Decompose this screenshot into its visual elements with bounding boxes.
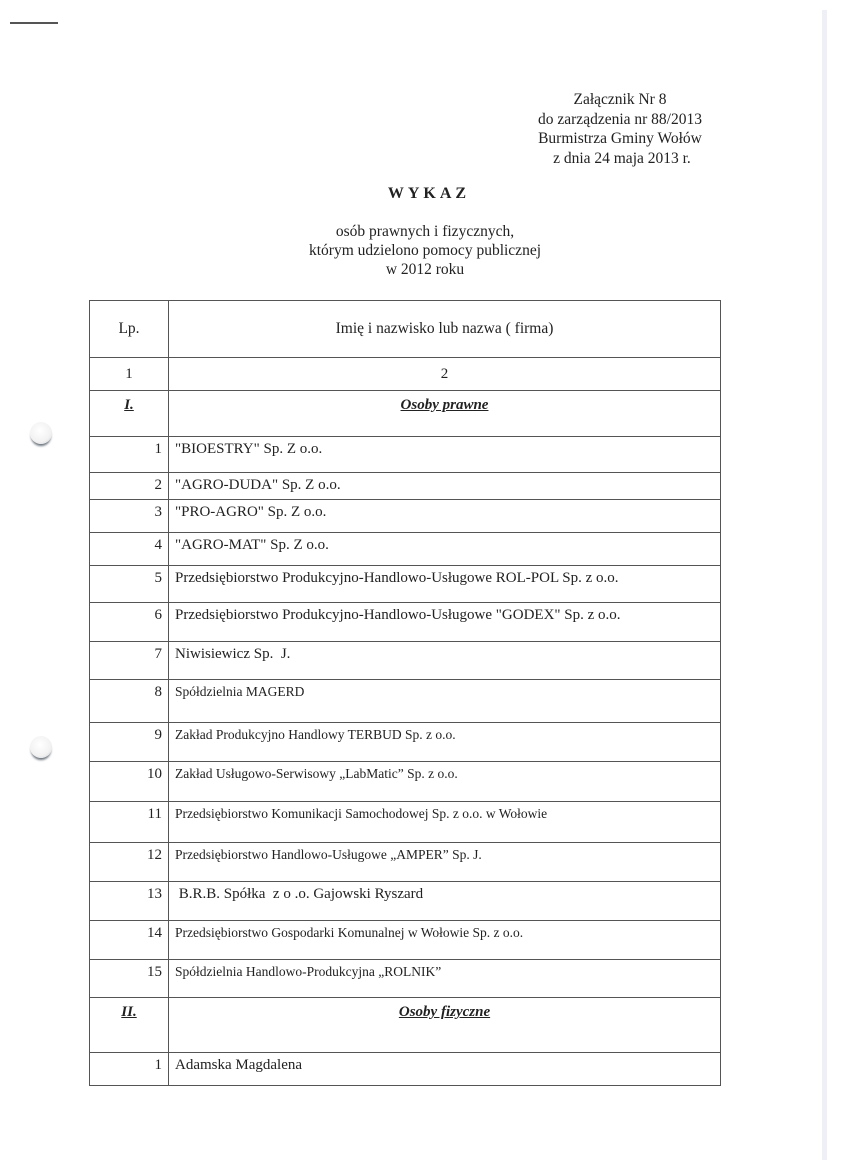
header-name: Imię i nazwisko lub nazwa ( firma) (169, 301, 721, 358)
row-name: Przedsiębiorstwo Gospodarki Komunalnej w… (169, 921, 721, 960)
column-number-lp: 1 (90, 358, 169, 391)
subtitle-line: osób prawnych i fizycznych, (280, 222, 570, 241)
table-row: 14Przedsiębiorstwo Gospodarki Komunalnej… (90, 921, 721, 960)
section-number: II. (90, 998, 169, 1053)
row-name: "BIOESTRY" Sp. Z o.o. (169, 437, 721, 473)
annex-number: Załącznik Nr 8 (515, 90, 725, 110)
row-name: Przedsiębiorstwo Produkcyjno-Handlowo-Us… (169, 566, 721, 603)
table-row: 7Niwisiewicz Sp. J. (90, 642, 721, 680)
section-header-row: I.Osoby prawne (90, 391, 721, 437)
section-title: Osoby fizyczne (169, 998, 721, 1053)
annex-issuer: Burmistrza Gminy Wołów (515, 129, 725, 149)
row-number: 10 (90, 762, 169, 802)
header-lp: Lp. (90, 301, 169, 358)
row-number: 11 (90, 802, 169, 843)
table-row: 3"PRO-AGRO" Sp. Z o.o. (90, 500, 721, 533)
table-row: 15Spółdzielnia Handlowo-Produkcyjna „ROL… (90, 960, 721, 998)
row-name: Spółdzielnia Handlowo-Produkcyjna „ROLNI… (169, 960, 721, 998)
table-row: 6Przedsiębiorstwo Produkcyjno-Handlowo-U… (90, 603, 721, 642)
row-name: "AGRO-MAT" Sp. Z o.o. (169, 533, 721, 566)
document-subtitle: osób prawnych i fizycznych, którym udzie… (280, 222, 570, 279)
row-number: 1 (90, 1053, 169, 1086)
subtitle-line: w 2012 roku (280, 260, 570, 279)
table-row: 1Adamska Magdalena (90, 1053, 721, 1086)
row-number: 3 (90, 500, 169, 533)
section-number: I. (90, 391, 169, 437)
scan-mark (10, 22, 58, 24)
column-number-row: 1 2 (90, 358, 721, 391)
annex-ordinance: do zarządzenia nr 88/2013 (515, 110, 725, 130)
row-name: Przedsiębiorstwo Handlowo-Usługowe „AMPE… (169, 843, 721, 882)
row-name: Adamska Magdalena (169, 1053, 721, 1086)
table-row: 11Przedsiębiorstwo Komunikacji Samochodo… (90, 802, 721, 843)
row-number: 13 (90, 882, 169, 921)
subtitle-line: którym udzielono pomocy publicznej (280, 241, 570, 260)
table-row: 2"AGRO-DUDA" Sp. Z o.o. (90, 473, 721, 500)
row-name: Niwisiewicz Sp. J. (169, 642, 721, 680)
table-header-row: Lp. Imię i nazwisko lub nazwa ( firma) (90, 301, 721, 358)
row-number: 14 (90, 921, 169, 960)
annex-header: Załącznik Nr 8 do zarządzenia nr 88/2013… (515, 90, 725, 168)
section-header-row: II.Osoby fizyczne (90, 998, 721, 1053)
table-row: 1"BIOESTRY" Sp. Z o.o. (90, 437, 721, 473)
row-number: 2 (90, 473, 169, 500)
scan-edge-line (822, 10, 827, 1160)
annex-date: z dnia 24 maja 2013 r. (515, 149, 725, 169)
table-row: 13 B.R.B. Spółka z o .o. Gajowski Ryszar… (90, 882, 721, 921)
row-number: 15 (90, 960, 169, 998)
beneficiaries-table: Lp. Imię i nazwisko lub nazwa ( firma) 1… (89, 300, 721, 1086)
section-title: Osoby prawne (169, 391, 721, 437)
row-number: 7 (90, 642, 169, 680)
table-row: 9Zakład Produkcyjno Handlowy TERBUD Sp. … (90, 723, 721, 762)
row-number: 12 (90, 843, 169, 882)
row-number: 5 (90, 566, 169, 603)
punch-hole (30, 422, 52, 444)
row-number: 8 (90, 680, 169, 723)
document-title: WYKAZ (0, 185, 850, 203)
table-row: 12Przedsiębiorstwo Handlowo-Usługowe „AM… (90, 843, 721, 882)
row-name: "AGRO-DUDA" Sp. Z o.o. (169, 473, 721, 500)
row-number: 4 (90, 533, 169, 566)
column-number-name: 2 (169, 358, 721, 391)
punch-hole (30, 736, 52, 758)
table-row: 10Zakład Usługowo-Serwisowy „LabMatic” S… (90, 762, 721, 802)
table-row: 8Spółdzielnia MAGERD (90, 680, 721, 723)
row-name: Zakład Produkcyjno Handlowy TERBUD Sp. z… (169, 723, 721, 762)
row-number: 9 (90, 723, 169, 762)
row-name: Przedsiębiorstwo Produkcyjno-Handlowo-Us… (169, 603, 721, 642)
table-row: 4"AGRO-MAT" Sp. Z o.o. (90, 533, 721, 566)
row-name: Przedsiębiorstwo Komunikacji Samochodowe… (169, 802, 721, 843)
table-row: 5Przedsiębiorstwo Produkcyjno-Handlowo-U… (90, 566, 721, 603)
row-number: 6 (90, 603, 169, 642)
row-name: Zakład Usługowo-Serwisowy „LabMatic” Sp.… (169, 762, 721, 802)
row-number: 1 (90, 437, 169, 473)
row-name: "PRO-AGRO" Sp. Z o.o. (169, 500, 721, 533)
row-name: B.R.B. Spółka z o .o. Gajowski Ryszard (169, 882, 721, 921)
row-name: Spółdzielnia MAGERD (169, 680, 721, 723)
